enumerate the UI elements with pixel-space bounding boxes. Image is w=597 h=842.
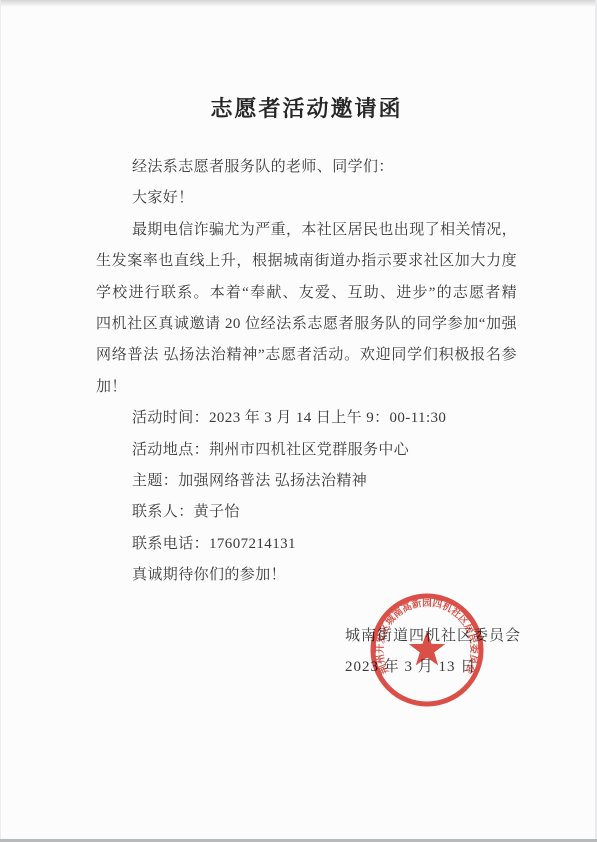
- paragraph-line: 四机社区真诚邀请 20 位经法系志愿者服务队的同学参加“加强: [96, 309, 517, 340]
- detail-activity-place: 活动地点：荆州市四机社区党群服务中心: [96, 435, 517, 466]
- detail-theme: 主题：加强网络普法 弘扬法治精神: [96, 466, 517, 497]
- detail-contact-person: 联系人：黄子怡: [96, 497, 517, 528]
- official-seal-stamp: 荆州开发区城南高新园四机社区居民委员会: [357, 580, 497, 720]
- paragraph-line: 网络普法 弘扬法治精神”志愿者活动。欢迎同学们积极报名参: [96, 340, 517, 371]
- scan-edge-left: [0, 0, 1, 842]
- paragraph-line: 学校进行联系。本着“奉献、友爱、互助、进步”的志愿者精神，: [96, 278, 517, 309]
- salutation: 经法系志愿者服务队的老师、同学们：: [96, 152, 517, 183]
- greeting: 大家好！: [96, 183, 517, 214]
- detail-activity-time: 活动时间：2023 年 3 月 14 日上午 9：00-11:30: [96, 403, 517, 434]
- scanned-document-page: 志愿者活动邀请函 经法系志愿者服务队的老师、同学们： 大家好！ 最期电信诈骗尤为…: [0, 0, 597, 842]
- paragraph-line: 生发案率也直线上升，根据城南街道办指示要求社区加大力度与: [96, 246, 517, 277]
- star-icon: [409, 631, 445, 665]
- document-title: 志愿者活动邀请函: [96, 92, 517, 123]
- paragraph-line: 加！: [96, 372, 517, 403]
- paragraph-line: 最期电信诈骗尤为严重，本社区居民也出现了相关情况，学: [96, 215, 517, 246]
- scan-edge-top: [0, 0, 597, 7]
- document-body: 经法系志愿者服务队的老师、同学们： 大家好！ 最期电信诈骗尤为严重，本社区居民也…: [96, 152, 517, 591]
- detail-contact-phone: 联系电话：17607214131: [96, 529, 517, 560]
